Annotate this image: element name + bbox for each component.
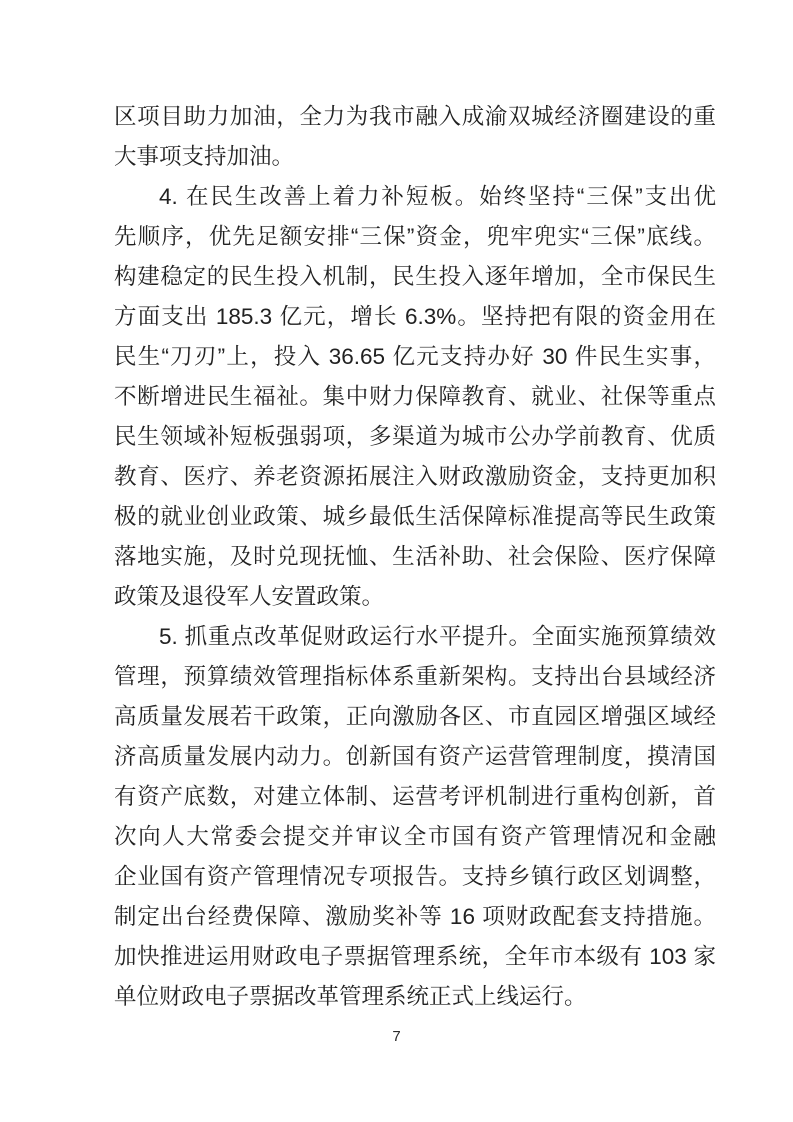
paragraph-continuation: 区项目助力加油，全力为我市融入成渝双城经济圈建设的重 大事项支持加油。 xyxy=(114,97,716,177)
document-page: 区项目助力加油，全力为我市融入成渝双城经济圈建设的重 大事项支持加油。 4. 在… xyxy=(0,0,793,1122)
text-line: 次向人大常委会提交并审议全市国有资产管理情况和金融 xyxy=(114,817,716,857)
text-line: 极的就业创业政策、城乡最低生活保障标准提高等民生政策 xyxy=(114,497,716,537)
text-line: 企业国有资产管理情况专项报告。支持乡镇行政区划调整， xyxy=(114,857,716,897)
text-line: 管理，预算绩效管理指标体系重新架构。支持出台县域经济 xyxy=(114,657,716,697)
text-line: 构建稳定的民生投入机制，民生投入逐年增加，全市保民生 xyxy=(114,257,716,297)
text-line: 加快推进运用财政电子票据管理系统，全年市本级有 103 家 xyxy=(114,937,716,977)
text-line: 单位财政电子票据改革管理系统正式上线运行。 xyxy=(114,977,716,1017)
paragraph-item-5: 5. 抓重点改革促财政运行水平提升。全面实施预算绩效 管理，预算绩效管理指标体系… xyxy=(114,617,716,1017)
text-line: 5. 抓重点改革促财政运行水平提升。全面实施预算绩效 xyxy=(114,617,716,657)
text-line: 济高质量发展内动力。创新国有资产运营管理制度，摸清国 xyxy=(114,737,716,777)
text-line: 制定出台经费保障、激励奖补等 16 项财政配套支持措施。 xyxy=(114,897,716,937)
text-line: 民生“刀刃”上，投入 36.65 亿元支持办好 30 件民生实事， xyxy=(114,337,716,377)
text-line: 区项目助力加油，全力为我市融入成渝双城经济圈建设的重 xyxy=(114,97,716,137)
text-line: 不断增进民生福祉。集中财力保障教育、就业、社保等重点 xyxy=(114,377,716,417)
page-number: 7 xyxy=(0,1028,793,1045)
text-line: 政策及退役军人安置政策。 xyxy=(114,577,716,617)
text-line: 民生领域补短板强弱项，多渠道为城市公办学前教育、优质 xyxy=(114,417,716,457)
text-line: 4. 在民生改善上着力补短板。始终坚持“三保”支出优 xyxy=(114,177,716,217)
text-line: 大事项支持加油。 xyxy=(114,137,716,177)
text-line: 落地实施，及时兑现抚恤、生活补助、社会保险、医疗保障 xyxy=(114,537,716,577)
document-body: 区项目助力加油，全力为我市融入成渝双城经济圈建设的重 大事项支持加油。 4. 在… xyxy=(114,97,716,1017)
text-line: 教育、医疗、养老资源拓展注入财政激励资金，支持更加积 xyxy=(114,457,716,497)
paragraph-item-4: 4. 在民生改善上着力补短板。始终坚持“三保”支出优 先顺序，优先足额安排“三保… xyxy=(114,177,716,617)
text-line: 先顺序，优先足额安排“三保”资金，兜牢兜实“三保”底线。 xyxy=(114,217,716,257)
text-line: 有资产底数，对建立体制、运营考评机制进行重构创新，首 xyxy=(114,777,716,817)
text-line: 方面支出 185.3 亿元，增长 6.3%。坚持把有限的资金用在 xyxy=(114,297,716,337)
text-line: 高质量发展若干政策，正向激励各区、市直园区增强区域经 xyxy=(114,697,716,737)
